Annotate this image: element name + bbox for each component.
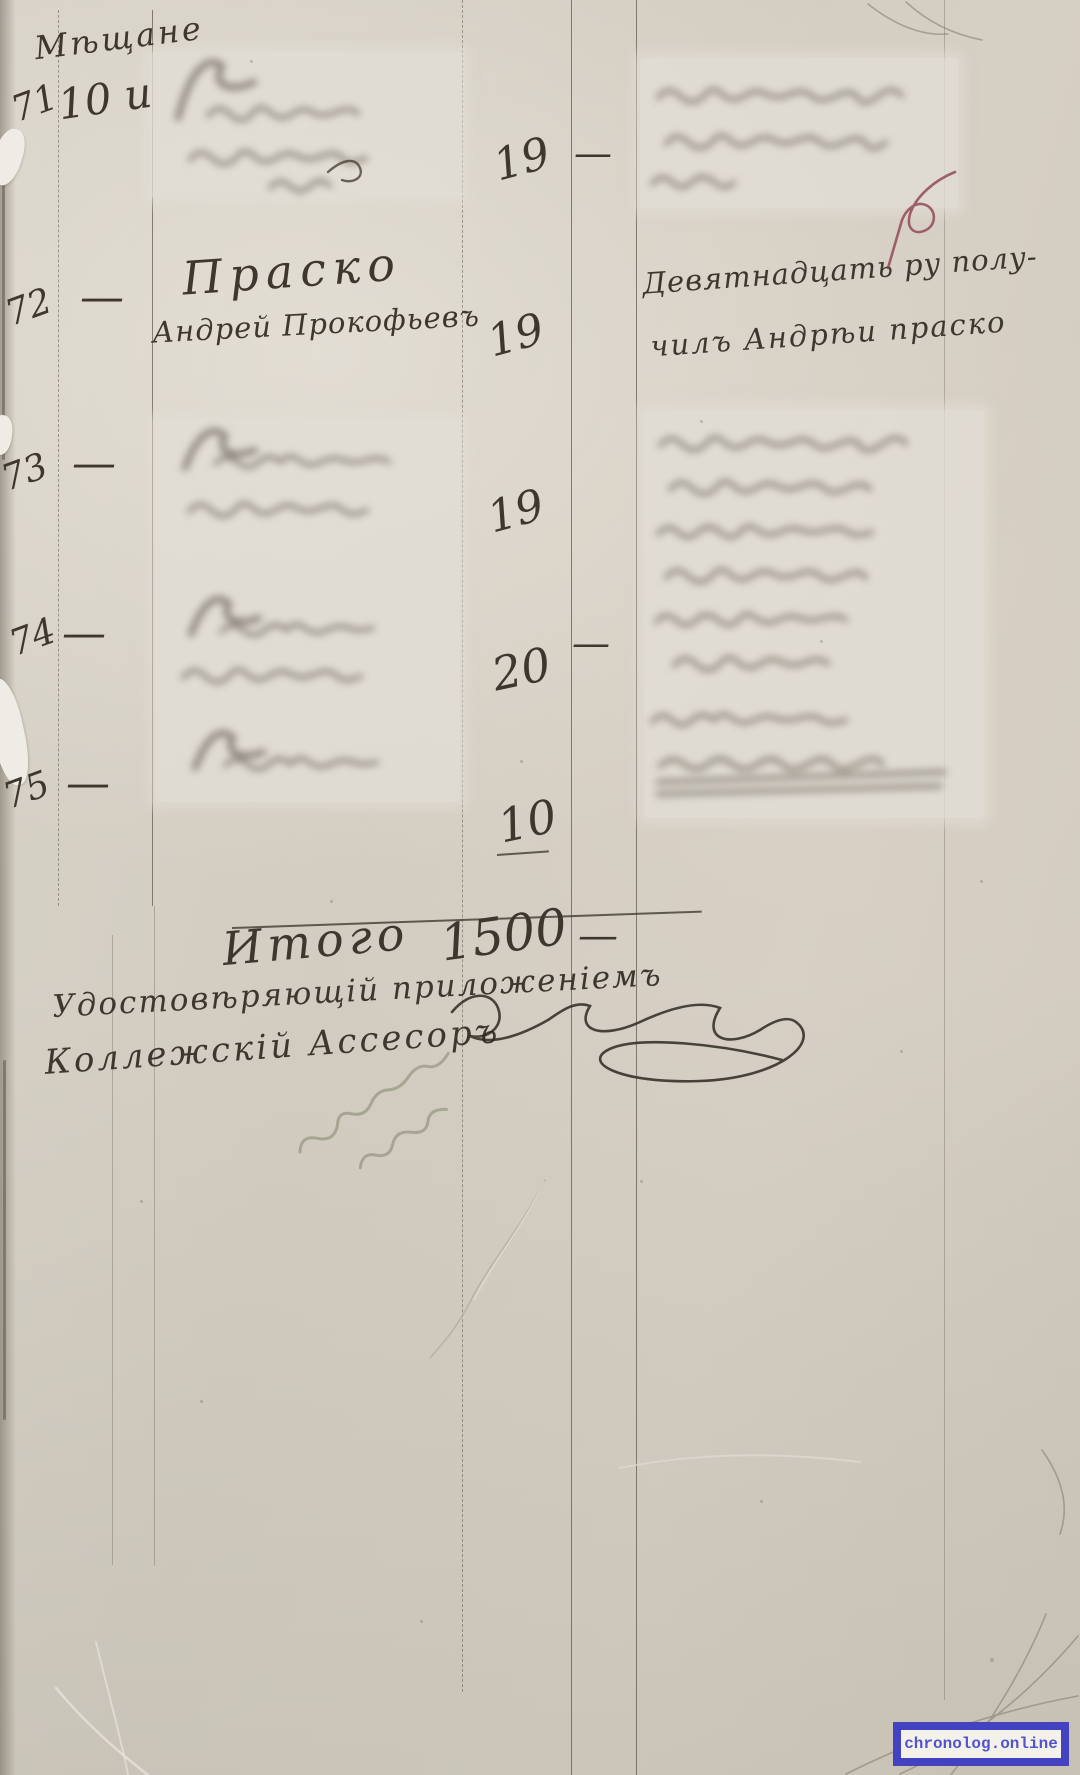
blurred-note-row-71 <box>640 58 958 208</box>
row-71-kopecks-dash: — <box>574 134 612 172</box>
blurred-notes-rows-73-75 <box>644 410 984 818</box>
paper-creases <box>56 1180 860 1775</box>
speckle <box>140 1200 143 1203</box>
speckle <box>980 880 983 883</box>
row-72-note-line1: Девятнадцать ру полу- <box>641 242 1038 299</box>
row-71-amount: 19 <box>489 132 554 189</box>
row-72-amount: 19 <box>483 308 548 365</box>
speckle <box>330 900 333 903</box>
rule-rubles-kopecks <box>571 0 572 1775</box>
watermark-badge: chronolog.online <box>893 1722 1069 1766</box>
blurred-names-rows-73-75 <box>155 420 460 802</box>
watermark-inner-box: chronolog.online <box>901 1730 1061 1758</box>
rule-notes-column <box>636 0 637 1775</box>
row-73-amount: 19 <box>483 484 548 541</box>
row-72-name: Андрей Прокофьевъ <box>151 301 480 347</box>
row-71-col2: 10 и <box>56 72 155 127</box>
speckle <box>250 60 253 63</box>
row-74-ditto-dash: — <box>62 612 106 656</box>
row-73-ditto-dash: — <box>72 442 116 486</box>
rule-lower-left-faint <box>112 935 113 1565</box>
row-number: 73 <box>0 448 53 497</box>
speckle <box>760 1500 763 1503</box>
row-72-note-line2: чилъ Андрѣи праско <box>649 308 1007 362</box>
rule-amount-column-dashed <box>462 0 463 1692</box>
total-amount: 1500 <box>437 901 570 968</box>
row-75-ditto-dash: — <box>66 762 110 806</box>
speckle <box>700 420 703 423</box>
total-kopecks-dash: — <box>578 916 618 956</box>
speckle <box>520 760 523 763</box>
row-75-amount: 10 <box>494 792 561 849</box>
rule-left-margin-dashed <box>58 10 59 906</box>
ledger-page: Мѣщане 71 10 и 19 — 72 — Праско Андрей П… <box>0 0 1080 1775</box>
total-label: Итого <box>220 910 411 972</box>
row-74-kopecks-dash: — <box>572 624 610 662</box>
speckle <box>200 1400 203 1403</box>
speckle <box>820 640 823 643</box>
gutter-crease <box>3 1060 6 1420</box>
speckle <box>990 1658 994 1662</box>
speckle <box>420 1620 423 1623</box>
blurred-name-row-71 <box>150 52 462 198</box>
row-72-surname: Праско <box>181 240 404 301</box>
speckle <box>640 1180 643 1183</box>
watermark-text: chronolog.online <box>904 1735 1058 1753</box>
row-72-ditto-dash: — <box>80 276 124 320</box>
speckle <box>900 1050 903 1053</box>
row-74-amount: 20 <box>488 640 555 697</box>
pencil-note <box>295 1048 476 1193</box>
assessor-signature <box>452 996 804 1082</box>
